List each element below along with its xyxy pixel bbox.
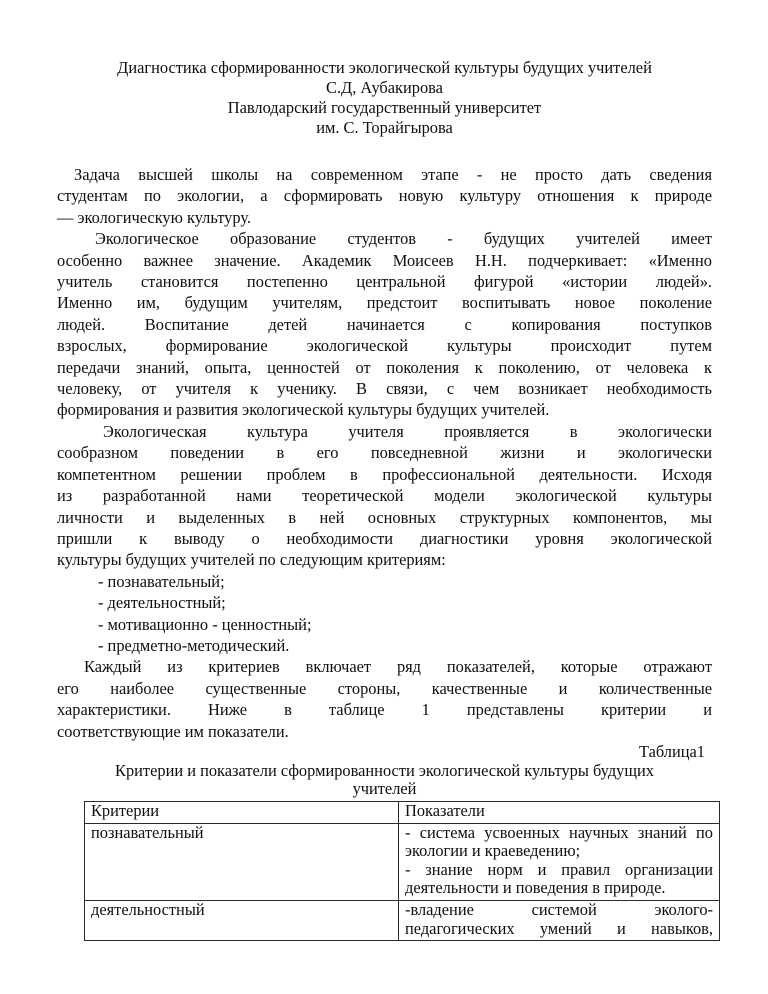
table-row: познавательный - система усвоенных научн…	[85, 823, 720, 900]
cell-criterion: деятельностный	[85, 900, 399, 940]
table-caption-line: Критерии и показатели сформированности э…	[57, 762, 712, 780]
table-caption: Критерии и показатели сформированности э…	[57, 762, 712, 798]
paragraph-line: пришли к выводу о необходимости диагност…	[57, 528, 712, 549]
paragraph-line: студентам по экологии, а сформировать но…	[57, 185, 712, 206]
paragraph-line: — экологическую культуру.	[57, 207, 712, 228]
table-row: деятельностный -владение системой эколог…	[85, 900, 720, 940]
paragraph-line: Каждый из критериев включает ряд показат…	[57, 656, 712, 677]
paragraph-line: сообразном поведении в его повседневной …	[57, 442, 712, 463]
paragraph-indicators: Каждый из критериев включает ряд показат…	[57, 656, 712, 742]
paragraph-line: личности и выделенных в ней основных стр…	[57, 507, 712, 528]
criteria-list-item: - мотивационно - ценностный;	[57, 614, 712, 635]
criteria-list-item: - познавательный;	[57, 571, 712, 592]
paragraph-line: Задача высшей школы на современном этапе…	[57, 164, 712, 185]
paragraph-line: Именно им, будущим учителям, предстоит в…	[57, 292, 712, 313]
criteria-list: - познавательный; - деятельностный; - мо…	[57, 571, 712, 657]
paragraph-line: формирования и развития экологической ку…	[57, 399, 712, 420]
paragraph-line: учитель становится постепенно центрально…	[57, 271, 712, 292]
paragraph-line: характеристики. Ниже в таблице 1 предста…	[57, 699, 712, 720]
paragraph-line: людей. Воспитание детей начинается с коп…	[57, 314, 712, 335]
doc-affiliation-line-1: Павлодарский государственный университет	[57, 98, 712, 118]
document-body: Задача высшей школы на современном этапе…	[57, 164, 712, 941]
paragraph-intro: Задача высшей школы на современном этапе…	[57, 164, 712, 228]
table-number-label: Таблица1	[57, 742, 712, 762]
paragraph-line: его наиболее существенные стороны, качес…	[57, 678, 712, 699]
paragraph-line: человеку, от учителя к ученику. В связи,…	[57, 378, 712, 399]
document-page: Диагностика сформированности экологическ…	[0, 0, 768, 941]
paragraph-line: из разработанной нами теоретической моде…	[57, 485, 712, 506]
doc-author: С.Д, Аубакирова	[57, 78, 712, 98]
table-header-criteria: Критерии	[85, 801, 399, 823]
table-header-indicators: Показатели	[399, 801, 720, 823]
paragraph-line: Экологическая культура учителя проявляет…	[57, 421, 712, 442]
paragraph-line: соответствующие им показатели.	[57, 721, 712, 742]
indicator-item: - система усвоенных научных знаний по эк…	[405, 824, 713, 861]
paragraph-eco-culture: Экологическая культура учителя проявляет…	[57, 421, 712, 571]
criteria-list-item: - предметно-методический.	[57, 635, 712, 656]
paragraph-line: передачи знаний, опыта, ценностей от пок…	[57, 357, 712, 378]
criteria-list-item: - деятельностный;	[57, 592, 712, 613]
paragraph-line: компетентном решении проблем в профессио…	[57, 464, 712, 485]
doc-title: Диагностика сформированности экологическ…	[57, 58, 712, 78]
paragraph-line: взрослых, формирование экологической кул…	[57, 335, 712, 356]
criteria-table: Критерии Показатели познавательный - сис…	[84, 801, 720, 941]
paragraph-line: культуры будущих учителей по следующим к…	[57, 549, 712, 570]
paragraph-line: особенно важнее значение. Академик Моисе…	[57, 250, 712, 271]
table-header-row: Критерии Показатели	[85, 801, 720, 823]
indicator-item: -владение системой эколого-педагогически…	[405, 901, 713, 938]
table-caption-line: учителей	[57, 780, 712, 798]
cell-criterion: познавательный	[85, 823, 399, 900]
paragraph-eco-education: Экологическое образование студентов - бу…	[57, 228, 712, 421]
cell-indicators: -владение системой эколого-педагогически…	[399, 900, 720, 940]
paragraph-line: Экологическое образование студентов - бу…	[57, 228, 712, 249]
cell-indicators: - система усвоенных научных знаний по эк…	[399, 823, 720, 900]
document-header: Диагностика сформированности экологическ…	[57, 58, 712, 138]
indicator-item: - знание норм и правил организации деяте…	[405, 861, 713, 898]
doc-affiliation-line-2: им. С. Торайгырова	[57, 118, 712, 138]
